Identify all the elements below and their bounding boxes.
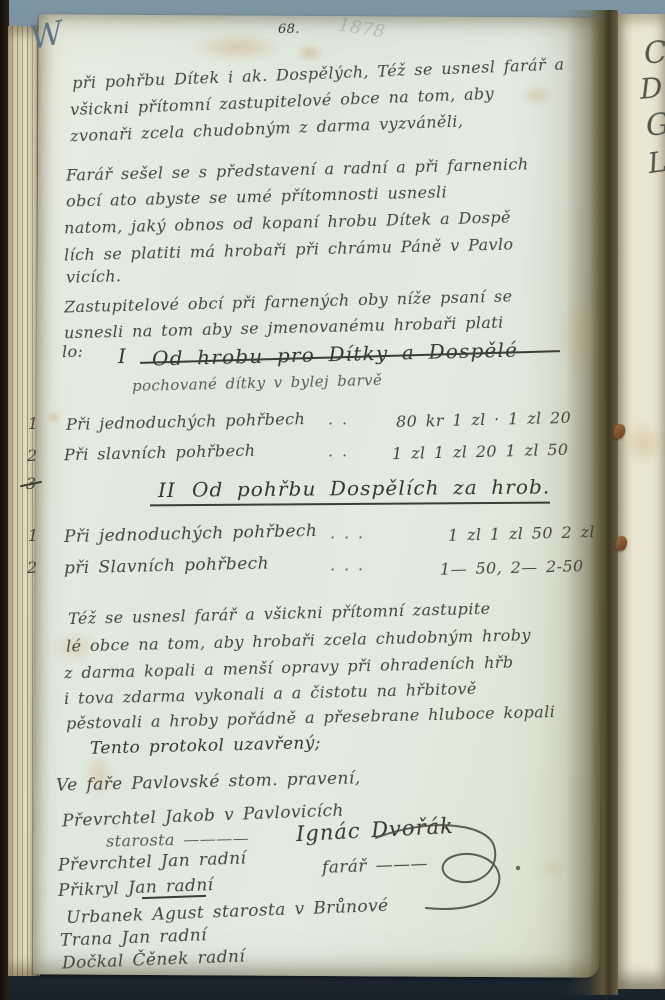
stain — [560, 290, 600, 380]
next-page-letter-fragment: C — [642, 35, 665, 72]
row-number: 2 — [27, 558, 38, 577]
page-number: 68. — [278, 22, 300, 37]
stain — [520, 84, 554, 106]
signature-title: starosta ———— — [106, 828, 249, 850]
fee-row-dots: · · · — [330, 528, 364, 547]
row-number: 1 — [28, 414, 39, 433]
stain — [624, 420, 664, 466]
stain — [46, 412, 62, 424]
paragraph-line: lo: — [62, 342, 84, 362]
paragraph-line: vicích. — [66, 266, 122, 286]
fee-row-dots: · · — [328, 446, 348, 465]
section2-title: Od pohřbu Dospělích za hrob. — [192, 474, 551, 501]
fee-row-amounts: 1— 50, 2— 2-50 — [440, 556, 584, 579]
stain — [190, 32, 285, 62]
section2-numeral: II — [158, 478, 176, 502]
binding-gutter-shadow — [566, 10, 618, 995]
row-number: 1 — [28, 526, 39, 545]
signature-flourish — [366, 824, 526, 916]
fee-row-dots: · · · — [330, 560, 364, 579]
fee-row-dots: · · — [328, 414, 348, 433]
row-number: 2 — [27, 446, 38, 465]
stain — [540, 860, 566, 878]
stain — [295, 44, 325, 62]
next-page-letter-fragment: L — [646, 145, 665, 180]
next-page-letter-fragment: D — [639, 71, 664, 105]
photograph-of-manuscript-page: 68. W 1878 při pohřbu Dítek i ak. Dospěl… — [0, 0, 665, 1000]
section1-numeral: I — [118, 344, 127, 368]
next-page-letter-fragment: G — [644, 107, 665, 144]
fee-row-amounts: 1 zl 1 zl 50 2 zl — [448, 522, 595, 545]
